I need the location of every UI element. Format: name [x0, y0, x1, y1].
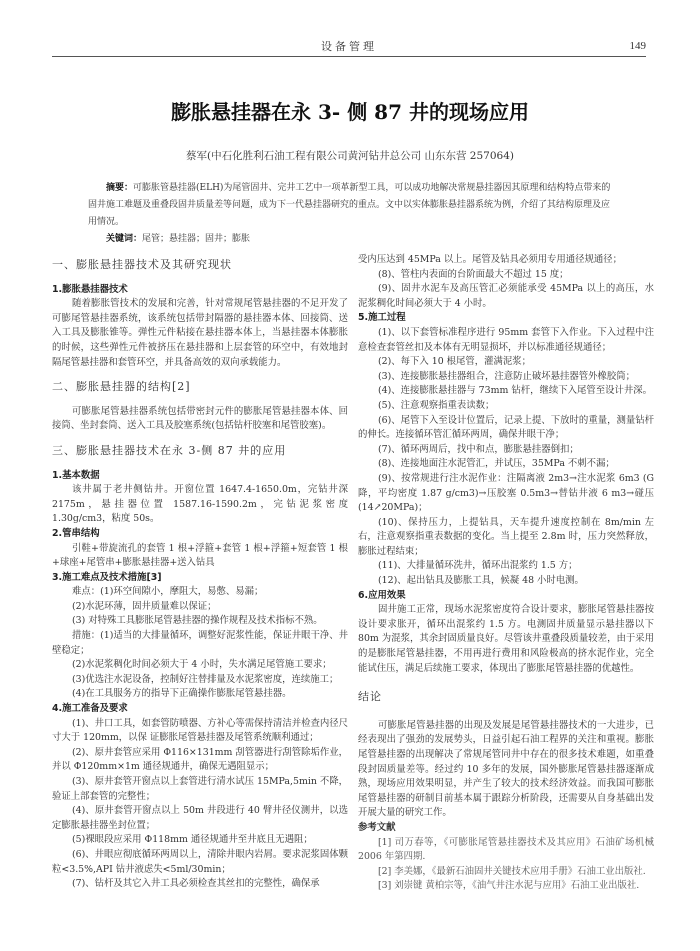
list-item: (3) 对特殊工具膨胀尾管悬挂器的操作规程及技术指标不熟。: [52, 614, 348, 629]
section-heading-2: 二、膨胀悬挂器的结构[2]: [52, 380, 348, 395]
list-item: (10)、保持压力，上提钻具，天车提升速度控制在 8m/min 左右，注意观察指…: [358, 516, 654, 560]
list-item: (6)、尾管下入至设计位置后，记录上提、下放时的重量，测量钻杆的伸长。连接循环管…: [358, 414, 654, 443]
list-item: (2)、每下入 10 根尾管，灌满泥浆；: [358, 355, 654, 370]
list-item: (8)、连接地面注水泥管汇，并试压，35MPa 不刺不漏；: [358, 457, 654, 472]
subsection-heading: 4.施工准备及要求: [52, 702, 348, 717]
section-heading-3: 三、膨胀悬挂器技术在永 3-侧 87 井的应用: [52, 444, 348, 459]
paragraph: 随着膨胀管技术的发展和完善，针对常规尾管悬挂器的不足开发了可膨尾管悬挂器系统，该…: [52, 297, 348, 370]
author-affiliation: 蔡军(中石化胜利石油工程有限公司黄河钻井总公司 山东东营 257064): [0, 148, 700, 163]
list-item: (2)水泥浆稠化时间必须大于 4 小时，失水满足尾管施工要求；: [52, 658, 348, 673]
list-item: (4)、原井套管开窗点以上 50m 井段进行 40 臂井径仪测井，以选定膨胀悬挂…: [52, 804, 348, 833]
list-item: (7)、钻杆及其它入井工具必须检查其丝扣的完整性，确保承: [52, 877, 348, 892]
subsection-heading: 3.施工难点及技术措施[3]: [52, 571, 348, 586]
paragraph: 引鞋+带旋流孔的套管 1 根+浮箍+套管 1 根+浮箍+短套管 1 根+球座+尾…: [52, 542, 348, 571]
subsection-heading: 1.基本数据: [52, 469, 348, 484]
list-item: (9)、按常规进行注水泥作业：注隔离液 2m3→注水泥浆 6m3 (G 降，平均…: [358, 472, 654, 516]
list-item: (1)、以下套管标准程序进行 95mm 套管下入作业。下入过程中注意检查套管丝扣…: [358, 326, 654, 355]
list-item: (1)、井口工具，如套管防喷器、方补心等需保持清洁并检查内径尺寸大于 120mm…: [52, 717, 348, 746]
section-heading-1: 一、膨胀悬挂器技术及其研究现状: [52, 258, 348, 273]
paragraph: 受内压达到 45MPa 以上。尾管及钻具必须用专用通径规通径；: [358, 253, 654, 268]
left-column: 一、膨胀悬挂器技术及其研究现状 1.膨胀悬挂器技术 随着膨胀管技术的发展和完善，…: [52, 258, 348, 892]
abstract-label: 摘要：: [106, 183, 133, 193]
paragraph: 该井属于老井侧钻井。开窗位置 1647.4-1650.0m，完钻井深 2175m…: [52, 483, 348, 527]
running-header: 设备管理 149: [52, 36, 646, 57]
list-item: (5)裸眼段应采用 Φ118mm 通径规通井至井底且无遇阻；: [52, 833, 348, 848]
list-item: (4)在工具服务方的指导下正确操作膨胀尾管悬挂器。: [52, 687, 348, 702]
reference-item: [1] 司万春等，《可膨胀尾管悬挂器技术及其应用》石油矿场机械 2006 年第四…: [358, 836, 654, 865]
list-item: (5)、注意观察指重表读数；: [358, 399, 654, 414]
subsection-heading: 5.施工过程: [358, 311, 654, 326]
list-item: (8)、管柱内表面的台阶面最大不超过 15 度；: [358, 268, 654, 283]
keywords: 关键词：尾管；悬挂器；固井；膨胀: [88, 231, 618, 248]
abstract-block: 摘要：可膨胀管悬挂器(ELH)为尾管固井、完井工艺中一项革新型工具，可以成功地解…: [88, 180, 618, 248]
list-item: (4)、连接膨胀悬挂器与 73mm 钻杆，继续下入尾管至设计井深。: [358, 384, 654, 399]
keywords-text: 尾管；悬挂器；固井；膨胀: [142, 234, 250, 244]
reference-item: [3] 刘崇键 黄柏宗等，《油气井注水泥与应用》石油工业出版社.: [358, 879, 654, 894]
subsection-heading: 1.膨胀悬挂器技术: [52, 283, 348, 298]
list-item: (3)、原井套管开窗点以上套管进行清水试压 15MPa,5min 不降，验证上部…: [52, 775, 348, 804]
reference-item: [2] 李美娜，《最新石油固井关键技术应用手册》石油工业出版社.: [358, 865, 654, 880]
list-item: (3)优选注水泥设备，控制好注替排量及水泥浆密度，连续施工；: [52, 673, 348, 688]
page-number: 149: [630, 40, 647, 52]
abstract-text: 可膨胀管悬挂器(ELH)为尾管固井、完井工艺中一项革新型工具，可以成功地解决常规…: [88, 183, 610, 227]
paragraph: 固井施工正常，现场水泥浆密度符合设计要求，膨胀尾管悬挂器按设计要求胀开，循环出混…: [358, 603, 654, 676]
right-column: 受内压达到 45MPa 以上。尾管及钻具必须用专用通径规通径； (8)、管柱内表…: [358, 253, 654, 894]
list-item: (12)、起出钻具及膨胀工具，候凝 48 小时电测。: [358, 574, 654, 589]
section-name: 设备管理: [52, 38, 646, 54]
list-item: (2)、原井套管应采用 Φ116×131mm 刮管器进行刮管除垢作业，并以 Φ1…: [52, 746, 348, 775]
list-item: (11)、大排量循环洗井，循环出混浆约 1.5 方；: [358, 559, 654, 574]
list-item: 难点：(1)环空间隙小，摩阻大，易憋、易漏；: [52, 585, 348, 600]
article-title: 膨胀悬挂器在永 3- 侧 87 井的现场应用: [0, 96, 700, 125]
abstract: 摘要：可膨胀管悬挂器(ELH)为尾管固井、完井工艺中一项革新型工具，可以成功地解…: [88, 180, 618, 231]
keywords-label: 关键词：: [106, 234, 142, 244]
conclusion-heading: 结论: [358, 690, 654, 705]
list-item: (7)、循环两周后，找中和点，膨胀悬挂器倒扣；: [358, 443, 654, 458]
list-item: (6)、井眼应彻底循环两周以上，清除井眼内岩屑。要求泥浆固体颗粒<3.5%,AP…: [52, 848, 348, 877]
subsection-heading: 6.应用效果: [358, 589, 654, 604]
list-item: (3)、连接膨胀悬挂器组合，注意防止破坏悬挂器管外橡胶筒；: [358, 370, 654, 385]
list-item: (9)、固井水泥车及高压管汇必须能承受 45MPa 以上的高压，水泥浆稠化时间必…: [358, 282, 654, 311]
list-item: 措施：(1)适当的大排量循环，调整好泥浆性能，保证井眼干净、井壁稳定；: [52, 629, 348, 658]
paragraph: 可膨胀尾管悬挂器的出现及发展是尾管悬挂器技术的一大进步，已经表现出了强劲的发展势…: [358, 719, 654, 821]
subsection-heading: 2.管串结构: [52, 527, 348, 542]
paragraph: 可膨胀尾管悬挂器系统包括带密封元件的膨胀尾管悬挂器本体、回接筒、坐封套筒、送入工…: [52, 405, 348, 434]
references-heading: 参考文献: [358, 821, 654, 836]
list-item: (2)水泥环薄，固井质量难以保证；: [52, 600, 348, 615]
